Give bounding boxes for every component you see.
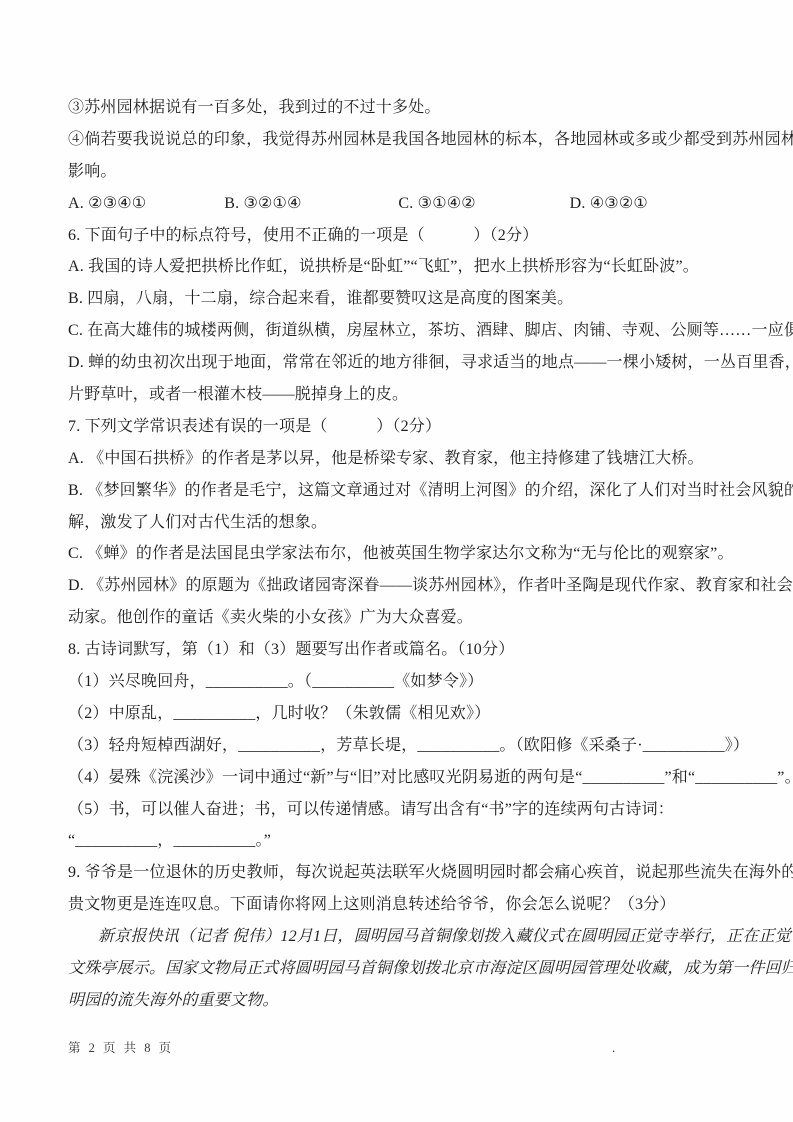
page-number-label: 第 2 页 共 8 页 [68,1041,174,1055]
q6-option-a: A. 我国的诗人爱把拱桥比作虹，说拱桥是“卧虹”“飞虹”，把水上拱桥形容为“长虹… [68,251,793,283]
sequence-options-row: A. ②③④① B. ③②①④ C. ③①④② D. ④③②① [68,188,793,220]
q7-option-a: A. 《中国石拱桥》的作者是茅以昇，他是桥梁专家、教育家，他主持修建了钱塘江大桥… [68,443,793,475]
q7-stem: 7. 下列文学常识表述有误的一项是（ ）（2分） [68,411,793,443]
sequence-option-a: A. ②③④① [68,188,220,220]
sequence-option-d: D. ④③②① [570,188,648,220]
sequence-option-c: C. ③①④② [398,188,565,220]
q7-option-b-line2: 解，激发了人们对古代生活的想象。 [68,507,793,539]
q7-option-d-line1: D. 《苏州园林》的原题为《拙政诸园寄深眷——谈苏州园林》，作者叶圣陶是现代作家… [68,570,793,602]
q7-option-b-line1: B. 《梦回繁华》的作者是毛宁，这篇文章通过对《清明上河图》的介绍，深化了人们对… [68,475,793,507]
q7-option-c: C. 《蝉》的作者是法国昆虫学家法布尔，他被英国生物学家达尔文称为“无与伦比的观… [68,538,793,570]
q8-sub1: （1）兴尽晚回舟，__________。（__________《如梦令》） [68,666,793,698]
q8-sub5: （5）书，可以催人奋进；书，可以传递情感。请写出含有“书”字的连续两句古诗词： [68,794,793,826]
exam-page: ③苏州园林据说有一百多处，我到过的不过十多处。 ④倘若要我说说总的印象，我觉得苏… [0,0,793,1122]
page-footer: 第 2 页 共 8 页 [68,1038,174,1056]
passage-sentence-3: ③苏州园林据说有一百多处，我到过的不过十多处。 [68,92,793,124]
q8-sub2: （2）中原乱，__________，几时收？（朱敦儒《相见欢》） [68,698,793,730]
q9-stem-line2: 贵文物更是连连叹息。下面请你将网上这则消息转述给爷爷，你会怎么说呢？（3分） [68,889,793,921]
q9-news-line1: 新京报快讯（记者 倪伟）12月1日，圆明园马首铜像划拨入藏仪式在圆明园正觉寺举行… [68,921,793,953]
q7-option-d-line2: 动家。他创作的童话《卖火柴的小女孩》广为大众喜爱。 [68,602,793,634]
exam-body: ③苏州园林据说有一百多处，我到过的不过十多处。 ④倘若要我说说总的印象，我觉得苏… [68,92,793,1017]
q6-stem: 6. 下面句子中的标点符号，使用不正确的一项是（ ）（2分） [68,220,793,252]
q6-option-d-line2: 片野草叶，或者一根灌木枝——脱掉身上的皮。 [68,379,793,411]
sequence-option-b: B. ③②①④ [224,188,394,220]
q9-stem-line1: 9. 爷爷是一位退休的历史教师，每次说起英法联军火烧圆明园时都会痛心疾首，说起那… [68,857,793,889]
q8-stem: 8. 古诗词默写，第（1）和（3）题要写出作者或篇名。（10分） [68,634,793,666]
q9-news-line3: 明园的流失海外的重要文物。 [68,985,793,1017]
stray-dot-mark: . [612,1040,615,1056]
q6-option-b: B. 四扇，八扇，十二扇，综合起来看，谁都要赞叹这是高度的图案美。 [68,283,793,315]
q9-news-line2: 文殊亭展示。国家文物局正式将圆明园马首铜像划拨北京市海淀区圆明园管理处收藏，成为… [68,953,793,985]
q6-option-d-line1: D. 蝉的幼虫初次出现于地面，常常在邻近的地方徘徊，寻求适当的地点——一棵小矮树… [68,347,793,379]
passage-sentence-4-line1: ④倘若要我说说总的印象，我觉得苏州园林是我国各地园林的标本，各地园林或多或少都受… [68,124,793,156]
passage-sentence-4-line2: 影响。 [68,156,793,188]
q8-sub3: （3）轻舟短棹西湖好，__________，芳草长堤，__________。（欧… [68,730,793,762]
q6-option-c: C. 在高大雄伟的城楼两侧，街道纵横，房屋林立，茶坊、酒肆、脚店、肉铺、寺观、公… [68,315,793,347]
q8-sub5-answer-blanks: “__________，__________。” [68,825,793,857]
q8-sub4: （4）晏殊《浣溪沙》一词中通过“新”与“旧”对比感叹光阴易逝的两句是“_____… [68,762,793,794]
